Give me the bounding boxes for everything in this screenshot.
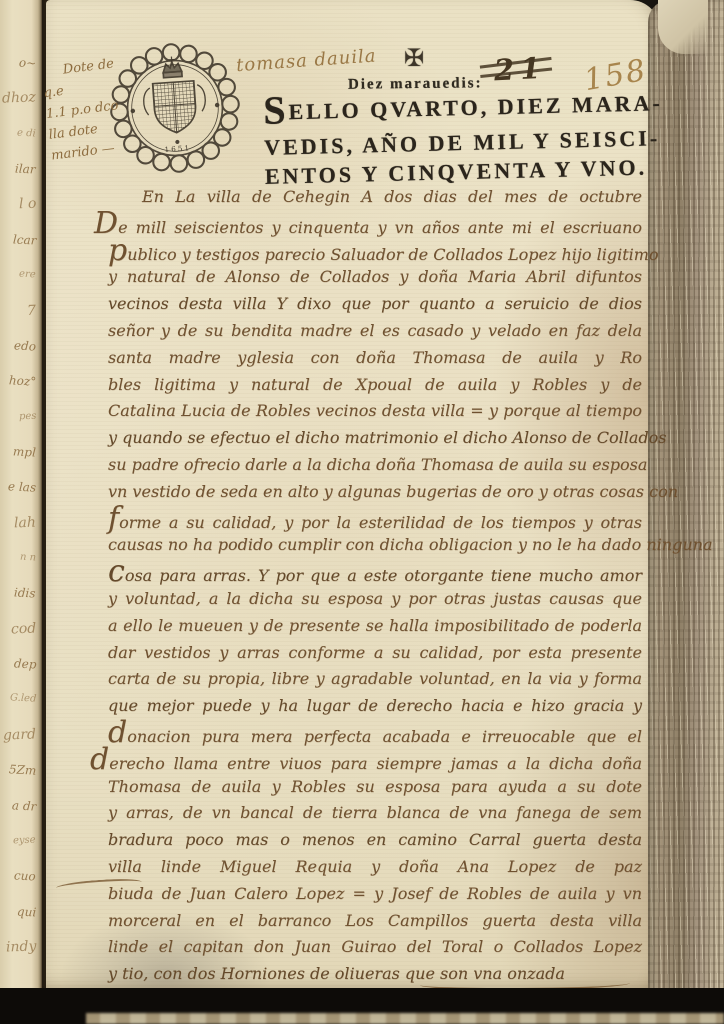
- previous-page-text-fragment: G.led: [9, 694, 36, 705]
- manuscript-line: En La villa de Cehegin A dos dias del me…: [142, 184, 642, 211]
- previous-page-text-fragment: 7: [27, 305, 36, 315]
- previous-page-text-fragment: cod: [11, 623, 37, 634]
- manuscript-line: santa madre yglesia con doña Thomasa de …: [108, 345, 642, 372]
- manuscript-line: forme a su calidad, y por la esterilidad…: [108, 506, 642, 533]
- previous-page-text-fragment: eyse: [13, 836, 36, 847]
- manuscript-line: que mejor puede y ha lugar de derecho ha…: [108, 693, 642, 720]
- manuscript-line: derecho llama entre viuos para siempre j…: [90, 747, 642, 774]
- manuscript-line: y arras, de vn bancal de tierra blanca d…: [108, 800, 642, 827]
- manuscript-line: carta de su propia, libre y agradable vo…: [108, 666, 642, 693]
- manuscript-scan: o~dhoze diilarl olcarere7edohoz°pesmple …: [0, 0, 724, 1024]
- manuscript-line: biuda de Juan Calero Lopez = y Josef de …: [108, 881, 642, 908]
- manuscript-body: En La villa de Cehegin A dos dias del me…: [108, 184, 642, 988]
- stamp-initial: S: [263, 87, 289, 133]
- manuscript-line: cosa para arras. Y por que a este otorga…: [108, 559, 642, 586]
- crossed-out-number: 21: [493, 51, 547, 88]
- previous-page-text-fragment: e las: [8, 482, 37, 493]
- manuscript-line: morceral en el barranco Los Campillos gu…: [108, 908, 642, 935]
- previous-page-text-fragment: dep: [13, 659, 36, 670]
- previous-page-text-fragment: cuo: [14, 871, 36, 882]
- previous-page-text-fragment: dhoz: [2, 93, 36, 104]
- stamp-line-1-text: ELLO QVARTO, DIEZ MARA-: [288, 90, 663, 124]
- previous-page-text-fragment: n n: [20, 553, 37, 564]
- royal-coat-of-arms-seal-icon: 1651: [103, 35, 246, 180]
- fiscal-stamp-heading: SELLO QVARTO, DIEZ MARA- VEDIS, AÑO DE M…: [263, 83, 667, 191]
- seal-year: 1651: [164, 143, 191, 154]
- previous-page-text-fragment: gard: [3, 729, 36, 740]
- manuscript-line: Catalina Lucia de Robles vecinos desta v…: [108, 398, 642, 425]
- manuscript-line: publico y testigos parecio Saluador de C…: [108, 238, 642, 265]
- manuscript-line: señor y de su bendita madre el es casado…: [108, 318, 642, 345]
- underlying-page-sliver: [86, 1013, 724, 1024]
- manuscript-line: villa linde Miguel Requia y doña Ana Lop…: [108, 854, 642, 881]
- manuscript-line: y quando se efectuo el dicho matrimonio …: [108, 425, 642, 452]
- manuscript-line: y natural de Alonso de Collados y doña M…: [108, 264, 642, 291]
- manuscript-line: su padre ofrecio darle a la dicha doña T…: [108, 452, 642, 479]
- manuscript-line: vn vestido de seda en alto y algunas bug…: [108, 479, 642, 506]
- previous-page-text-fragment: hoz°: [8, 376, 36, 387]
- manuscript-line: bles ligitima y natural de Xpoual de aui…: [108, 372, 642, 399]
- manuscript-line: donacion pura mera perfecta acabada e ir…: [108, 720, 642, 747]
- manuscript-line: vecinos desta villa Y dixo que por quant…: [108, 291, 642, 318]
- previous-page-text-fragment: mpl: [13, 446, 36, 457]
- previous-page-text-fragment: indy: [5, 941, 36, 952]
- previous-page-text-fragment: l o: [18, 199, 36, 210]
- previous-page-text-fragment: ilar: [15, 164, 36, 175]
- manuscript-line: De mill seiscientos y cinquenta y vn año…: [94, 211, 642, 238]
- previous-page-text-fragment: lcar: [12, 234, 36, 245]
- previous-page-text-fragment: lah: [14, 517, 36, 528]
- cross-icon: ✠: [404, 44, 424, 72]
- previous-page-text-fragment: e di: [17, 128, 36, 139]
- manuscript-line: dar vestidos y arras conforme a su calid…: [108, 640, 642, 667]
- manuscript-line: causas no ha podido cumplir con dicha ob…: [108, 532, 642, 559]
- manuscript-line: y voluntad, a la dicha su esposa y por o…: [108, 586, 642, 613]
- previous-page-text-fragment: idis: [14, 588, 36, 599]
- previous-page-text-fragment: a dr: [11, 800, 36, 811]
- previous-page-text-fragment: o~: [18, 58, 36, 69]
- margin-note: Dote deq.e1.1 p.o dcolla dotemarido —: [40, 54, 118, 166]
- manuscript-line: Thomasa de auila y Robles su esposa para…: [108, 774, 642, 801]
- page-corner: [658, 0, 708, 54]
- previous-page-text-fragment: qui: [17, 906, 37, 917]
- previous-page-text-fragment: 5Zm: [8, 764, 36, 775]
- manuscript-line: bradura poco mas o menos en camino Carra…: [108, 827, 642, 854]
- manuscript-line: linde el capitan don Juan Guirao del Tor…: [108, 934, 642, 961]
- manuscript-line: a ello le mueuen y de presente se halla …: [108, 613, 642, 640]
- previous-page-text-fragment: ere: [19, 270, 36, 281]
- previous-page-text-fragment: pes: [18, 411, 36, 422]
- previous-page-text-fragment: edo: [14, 340, 37, 351]
- previous-page-edge: o~dhoze diilarl olcarere7edohoz°pesmple …: [0, 0, 42, 992]
